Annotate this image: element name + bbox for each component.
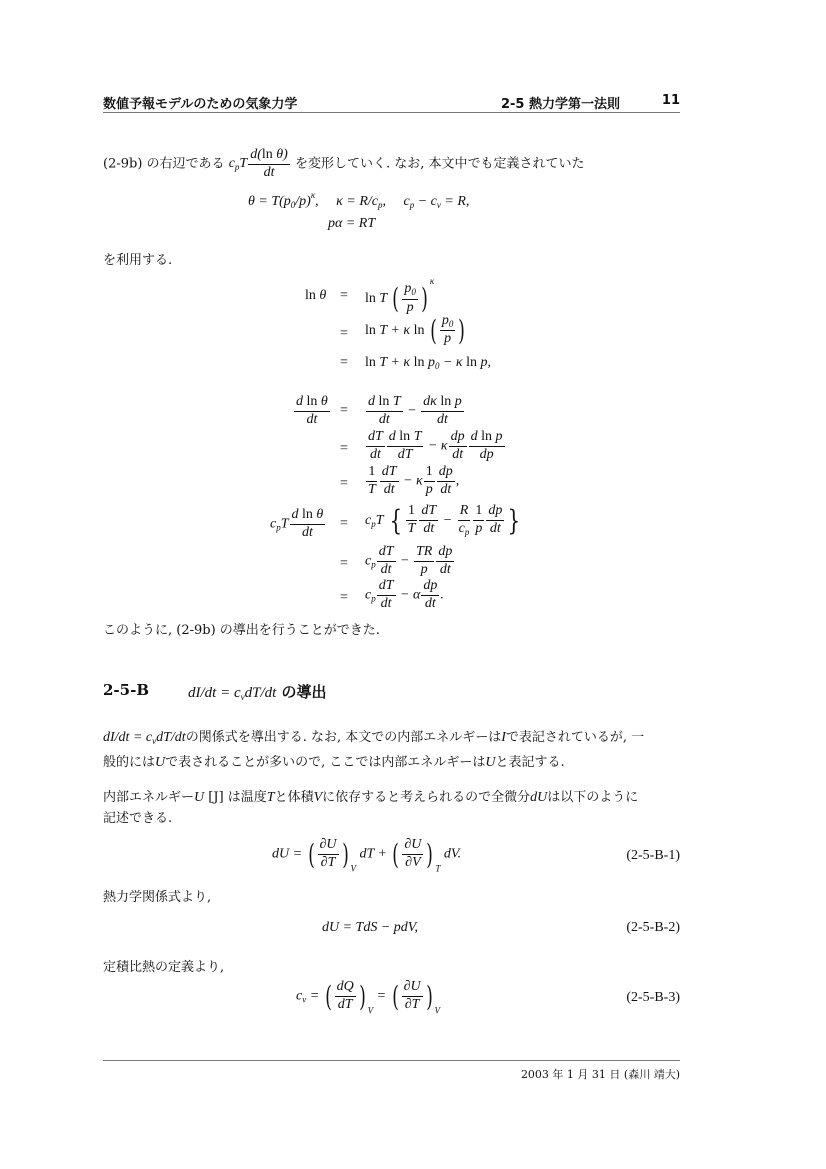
intro-text: (2-9b) の右辺である bbox=[103, 156, 225, 171]
header-rule bbox=[103, 112, 680, 113]
p1-text-a: の関係式を導出する. なお, 本文での内部エネルギーは bbox=[186, 730, 502, 745]
p1-math-U2: U bbox=[485, 755, 495, 770]
intro-math: cpTd(ln θ)dt bbox=[229, 156, 291, 171]
p1-text-b: で表記されているが, 一 bbox=[506, 730, 644, 745]
footer-rule bbox=[103, 1060, 680, 1061]
thermo-relation-text: 熱力学関係式より, bbox=[103, 887, 680, 908]
p1-math-U: U bbox=[155, 755, 165, 770]
conclusion-text: このように, (2-9b) の導出を行うことができた. bbox=[103, 620, 680, 641]
p2-text-c: と体積 bbox=[275, 790, 314, 805]
intro-paragraph: (2-9b) の右辺である cpTd(ln θ)dt を変形していく. なお, … bbox=[103, 148, 680, 180]
p1-text-d: で表されることが多いので, ここでは内部エネルギーは bbox=[165, 755, 485, 770]
section-title-suffix: の導出 bbox=[282, 683, 327, 701]
p1-text-e: と表記する. bbox=[496, 755, 565, 770]
p1-text-c: 般的には bbox=[103, 755, 155, 770]
p2-text-e: は以下のように bbox=[547, 790, 638, 805]
p2-math-U: U bbox=[194, 790, 204, 805]
section-b-paragraph-2: 内部エネルギーU [J] は温度Tと体積Vに依存すると考えられるので全微分dUは… bbox=[103, 787, 680, 829]
definitions-line-2: pα = RT bbox=[328, 216, 375, 232]
section-title: 2-5 熱力学第一法則 bbox=[501, 93, 620, 112]
cv-definition-text: 定積比熱の定義より, bbox=[103, 957, 680, 978]
equation-2-5-B-3: cv = (dQdT)V = (∂U∂T)V (2-5-B-3) bbox=[272, 980, 680, 1020]
equation-label: (2-5-B-2) bbox=[626, 920, 680, 936]
book-title: 数値予報モデルのための気象力学 bbox=[103, 93, 297, 112]
section-b-paragraph-1: dI/dt = cvdT/dtの関係式を導出する. なお, 本文での内部エネルギ… bbox=[103, 727, 680, 773]
p2-text-f: 記述できる. bbox=[103, 811, 172, 826]
p2-math-V: V bbox=[314, 790, 323, 805]
section-number: 2-5-B bbox=[103, 681, 149, 699]
equation-label: (2-5-B-1) bbox=[626, 848, 680, 864]
p2-text-b: [J] は温度 bbox=[208, 790, 267, 805]
p2-math-T: T bbox=[267, 790, 275, 805]
footer-date-author: 2003 年 1 月 31 日 (森川 靖大) bbox=[521, 1066, 680, 1082]
equation-2-5-B-2: dU = TdS − pdV, (2-5-B-2) bbox=[272, 920, 680, 940]
running-header: 数値予報モデルのための気象力学 2-5 熱力学第一法則 11 bbox=[103, 93, 680, 111]
page-number: 11 bbox=[662, 93, 680, 108]
p2-math-dU: dU bbox=[530, 790, 547, 805]
section-title-text: dI/dt = cvdT/dt の導出 bbox=[188, 681, 327, 702]
p2-text-d: に依存すると考えられるので全微分 bbox=[322, 790, 530, 805]
p2-text-a: 内部エネルギー bbox=[103, 790, 194, 805]
use-text: を利用する. bbox=[103, 250, 680, 271]
equation-2-5-B-1: dU = (∂U∂T)V dT + (∂U∂V)T dV. (2-5-B-1) bbox=[272, 838, 680, 878]
definitions-line-1: θ = T(p0/p)κ, κ = R/cp, cp − cv = R, bbox=[248, 190, 469, 210]
intro-text-2: を変形していく. なお, 本文中でも定義されていた bbox=[295, 156, 585, 171]
equation-label: (2-5-B-3) bbox=[626, 990, 680, 1006]
